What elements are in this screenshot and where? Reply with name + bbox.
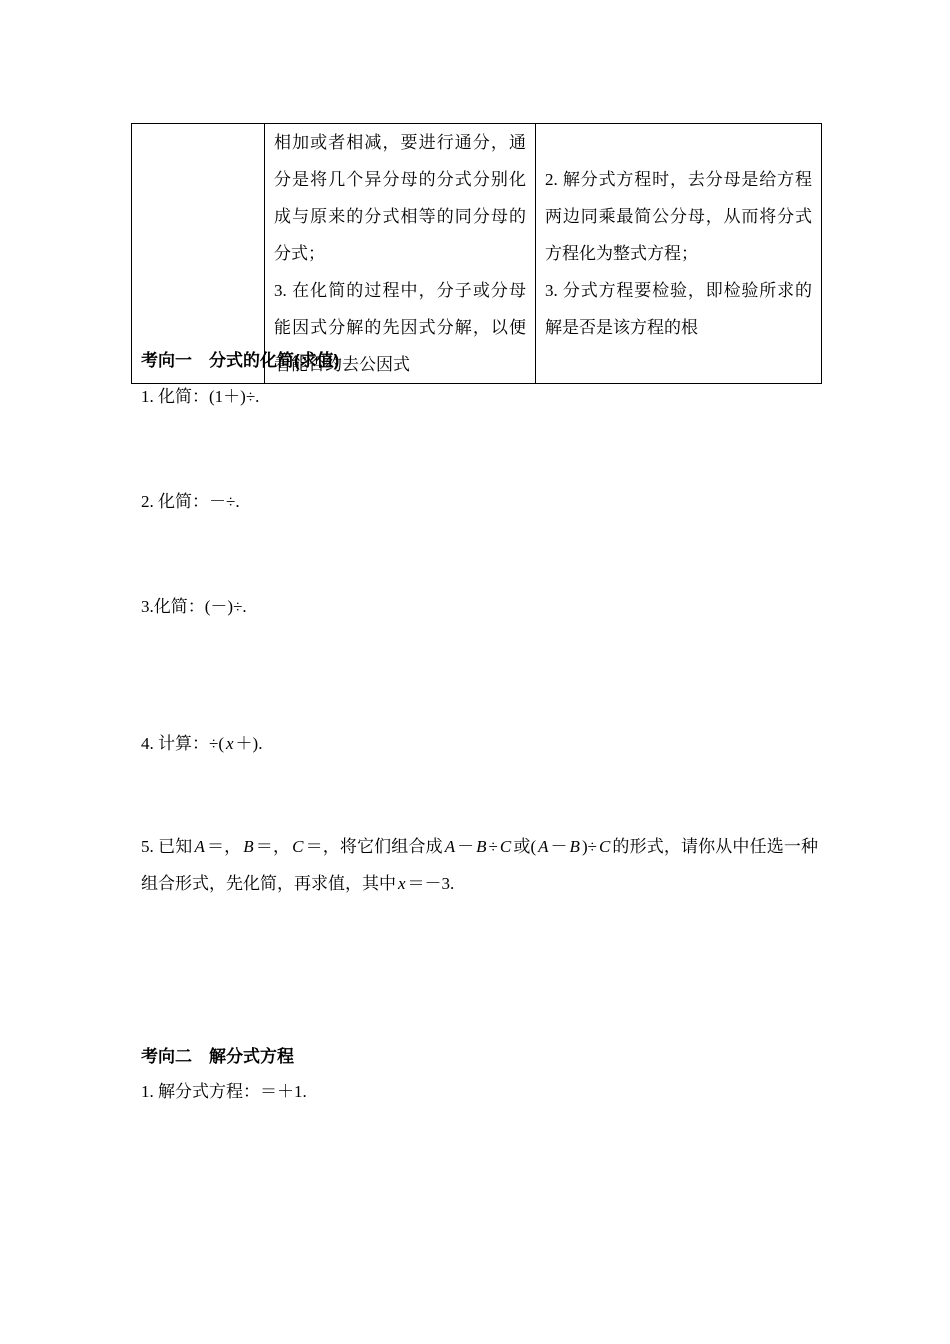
- problem-1-4: 4. 计算：÷(x＋).: [141, 725, 818, 762]
- problem-1-2: 2. 化简：－÷.: [141, 483, 818, 520]
- worksheet-page: 相加或者相减，要进行通分，通分是将几个异分母的分式分别化成与原来的分式相等的同分…: [0, 0, 950, 1344]
- section2-heading: 考向二 解分式方程: [141, 1038, 818, 1075]
- simplify-note-continued: 相加或者相减，要进行通分，通分是将几个异分母的分式分别化成与原来的分式相等的同分…: [265, 124, 535, 272]
- problem-2-1: 1. 解分式方程：＝＋1.: [141, 1073, 818, 1110]
- equation-note-item3: 3. 分式方程要检验，即检验所求的解是否是该方程的根: [536, 272, 821, 346]
- problem-1-5: 5. 已知A＝，B＝，C＝，将它们组合成A－B÷C或(A－B)÷C的形式，请你从…: [141, 828, 818, 902]
- problem-1-3: 3.化简：(－)÷.: [141, 588, 818, 625]
- section1-heading: 考向一 分式的化简(求值): [141, 342, 818, 379]
- equation-note-item2: 2. 解分式方程时，去分母是给方程两边同乘最简公分母，从而将分式方程化为整式方程…: [536, 161, 821, 272]
- problem-1-1: 1. 化简：(1＋)÷.: [141, 378, 818, 415]
